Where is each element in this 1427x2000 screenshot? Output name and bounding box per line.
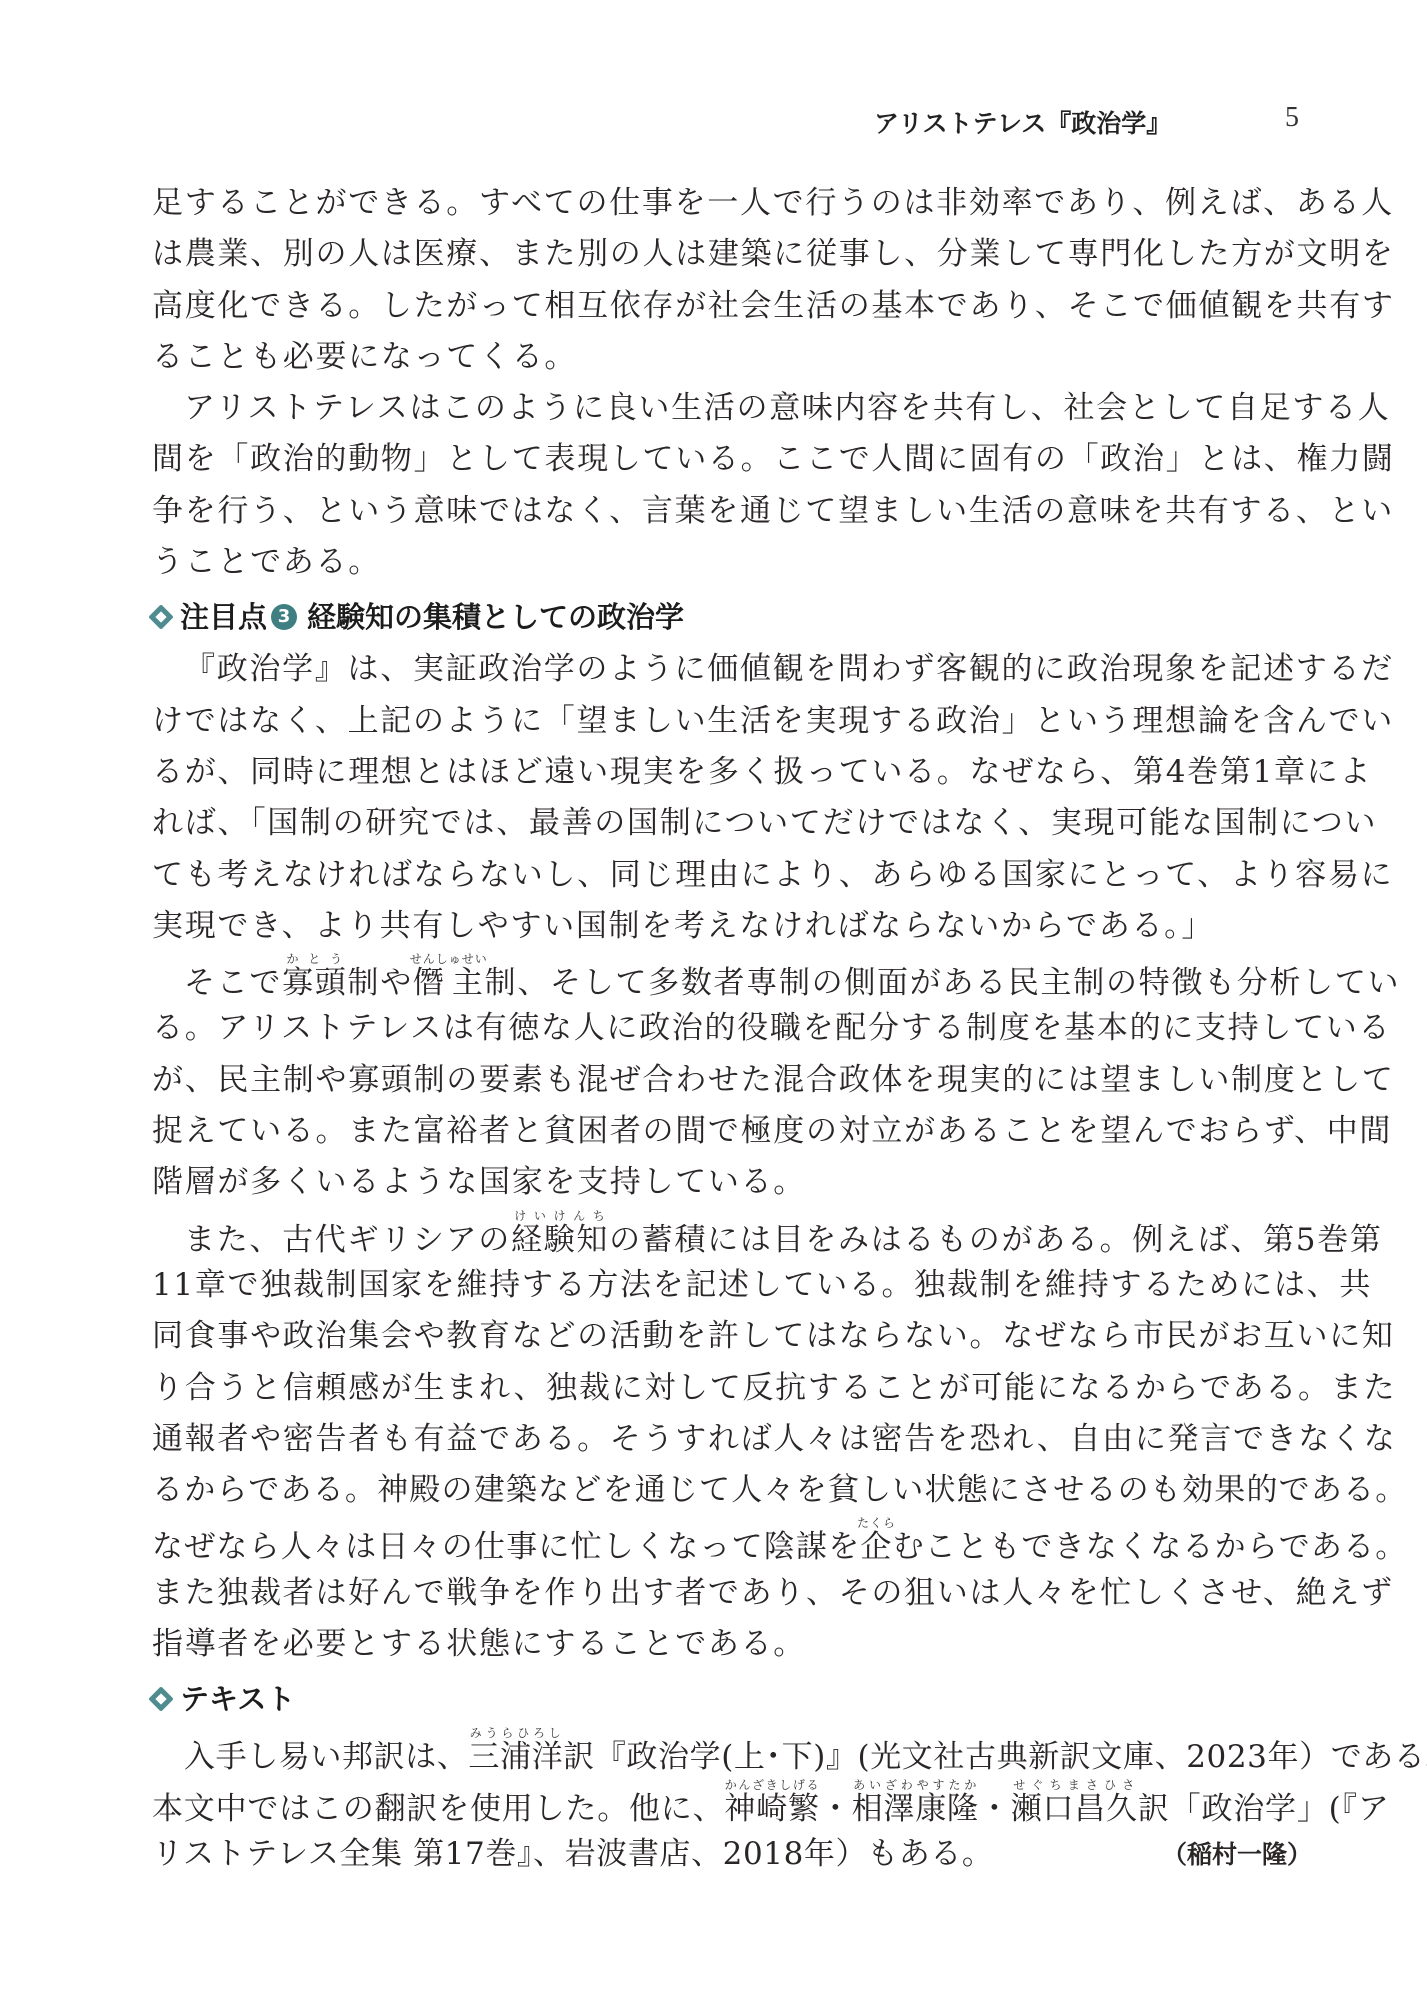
ruby-takura: 企たくら (860, 1529, 892, 1565)
text-line: リストテレス全集 第17巻』、岩波書店、2018年）もある。 （稲村一隆） (152, 1829, 1312, 1880)
text-line: アリストテレスはこのように良い生活の意味内容を共有し、社会として自足する人 (152, 383, 1312, 434)
text-line: が、民主制や寡頭制の要素も混ぜ合わせた混合政体を現実的には望ましい制度として (152, 1055, 1312, 1106)
ruby-text: みうらひろし (468, 1726, 563, 1740)
section-heading-text: テキスト (152, 1672, 1312, 1726)
text-line: 同食事や政治集会や教育などの活動を許してはならない。なぜなら市民がお互いに知 (152, 1311, 1312, 1362)
text-line: 通報者や密告者も有益である。そうすれば人々は密告を恐れ、自由に発言できなくな (152, 1414, 1312, 1465)
text-line: るが、同時に理想とはほど遠い現実を多く扱っている。なぜなら、第4巻第1章によ (152, 747, 1312, 798)
ruby-base: 経験知 (511, 1222, 609, 1258)
text-span: リストテレス全集 第17巻』、岩波書店、2018年）もある。 (152, 1836, 994, 1872)
paragraph-4: そこで寡頭かとう制や僭主せんしゅせい制、そして多数者専制の側面がある民主制の特徴… (152, 952, 1312, 1208)
text-line: けではなく、上記のように「望ましい生活を実現する政治」という理想論を含んでい (152, 696, 1312, 747)
text-line: 間を「政治的動物」として表現している。ここで人間に固有の「政治」とは、権力闘 (152, 434, 1312, 485)
diamond-icon (148, 605, 173, 630)
body-text: 足することができる。すべての仕事を一人で行うのは非効率であり、例えば、ある人 は… (152, 178, 1312, 1880)
text-line: 本文中ではこの翻訳を使用した。他に、神崎繁かんざきしげる・相澤康隆あいざわやすた… (152, 1778, 1312, 1829)
text-span: ・ (820, 1791, 852, 1827)
paragraph-1: 足することができる。すべての仕事を一人で行うのは非効率であり、例えば、ある人 は… (152, 178, 1312, 383)
ruby-senshusei: 僭主せんしゅせい (413, 965, 485, 1001)
text-span: むこともできなくなるからである。 (893, 1529, 1408, 1565)
text-span: の蓄積には目をみはるものがある。例えば、第5巻第 (609, 1222, 1383, 1258)
text-span: 入手し易い邦訳は、 (184, 1739, 468, 1775)
paragraph-6: 入手し易い邦訳は、三浦洋みうらひろし訳『政治学(上･下)』(光文社古典新訳文庫、… (152, 1726, 1312, 1880)
section-label: 注目点 (180, 590, 267, 644)
diamond-icon (148, 1687, 173, 1712)
ruby-base: 寡頭 (282, 965, 347, 1001)
text-span: 制、そして多数者専制の側面がある民主制の特徴も分析してい (485, 965, 1401, 1001)
running-title: アリストテレス『政治学』 (874, 104, 1171, 140)
text-line: 実現でき、より共有しやすい国制を考えなければならないからである。」 (152, 901, 1312, 952)
text-line: なぜなら人々は日々の仕事に忙しくなって陰謀を企たくらむこともできなくなるからであ… (152, 1516, 1312, 1567)
section-number-badge: 3 (271, 604, 297, 630)
text-line: また、古代ギリシアの経験知けいけんちの蓄積には目をみはるものがある。例えば、第5… (152, 1209, 1312, 1260)
text-span: 制や (348, 965, 413, 1001)
text-span: 訳「政治学」(『ア (1138, 1791, 1390, 1827)
text-span: なぜなら人々は日々の仕事に忙しくなって陰謀を (152, 1529, 860, 1565)
ruby-base: 僭主 (410, 965, 488, 1001)
ruby-keikenchi: 経験知けいけんち (511, 1222, 609, 1258)
text-span: 訳『政治学(上･下)』(光文社古典新訳文庫、2023年）である。 (563, 1739, 1427, 1775)
text-line: 争を行う、という意味ではなく、言葉を通じて望ましい生活の意味を共有する、とい (152, 486, 1312, 537)
text-line: 捉えている。また富裕者と貧困者の間で極度の対立があることを望んでおらず、中間 (152, 1106, 1312, 1157)
ruby-text: せぐちまさひさ (1011, 1778, 1138, 1792)
ruby-base: 企 (857, 1529, 896, 1565)
ruby-miura-hiroshi: 三浦洋みうらひろし (468, 1739, 563, 1775)
section-heading-focus-point-3: 注目点 3 経験知の集積としての政治学 (152, 590, 1312, 644)
text-line: 高度化できる。したがって相互依存が社会生活の基本であり、そこで価値観を共有す (152, 281, 1312, 332)
text-line: 入手し易い邦訳は、三浦洋みうらひろし訳『政治学(上･下)』(光文社古典新訳文庫、… (152, 1726, 1312, 1777)
text-span: ・ (979, 1791, 1011, 1827)
author-signature: （稲村一隆） (1162, 1829, 1312, 1880)
paragraph-5: また、古代ギリシアの経験知けいけんちの蓄積には目をみはるものがある。例えば、第5… (152, 1209, 1312, 1671)
ruby-text: たくら (857, 1516, 896, 1530)
text-line: ることも必要になってくる。 (152, 332, 1312, 383)
text-line: るからである。神殿の建築などを通じて人々を貧しい状態にさせるのも効果的である。 (152, 1465, 1312, 1516)
text-line: ても考えなければならないし、同じ理由により、あらゆる国家にとって、より容易に (152, 850, 1312, 901)
text-line: 『政治学』は、実証政治学のように価値観を問わず客観的に政治現象を記述するだ (152, 644, 1312, 695)
text-line: そこで寡頭かとう制や僭主せんしゅせい制、そして多数者専制の側面がある民主制の特徴… (152, 952, 1312, 1003)
paragraph-3: 『政治学』は、実証政治学のように価値観を問わず客観的に政治現象を記述するだ けで… (152, 644, 1312, 952)
text-line: うことである。 (152, 537, 1312, 588)
section-title: テキスト (180, 1672, 295, 1726)
page-header: アリストテレス『政治学』 5 (0, 100, 1427, 140)
text-line: は農業、別の人は医療、また別の人は建築に従事し、分業して専門化した方が文明を (152, 229, 1312, 280)
ruby-text: けいけんち (511, 1209, 609, 1223)
ruby-kanzaki-shigeru: 神崎繁かんざきしげる (724, 1791, 819, 1827)
text-line: 階層が多くいるような国家を支持している。 (152, 1157, 1312, 1208)
ruby-base: 相澤康隆 (852, 1791, 979, 1827)
ruby-base: 三浦洋 (468, 1739, 563, 1775)
ruby-text: かとう (282, 952, 347, 966)
page-number: 5 (1285, 102, 1299, 134)
text-line: る。アリストテレスは有徳な人に政治的役職を配分する制度を基本的に支持している (152, 1003, 1312, 1054)
text-span: そこで (184, 965, 282, 1001)
ruby-seguchi-masahisa: 瀬口昌久せぐちまさひさ (1011, 1791, 1138, 1827)
text-span: また、古代ギリシアの (184, 1222, 511, 1258)
ruby-text: かんざきしげる (724, 1778, 819, 1792)
text-line: 足することができる。すべての仕事を一人で行うのは非効率であり、例えば、ある人 (152, 178, 1312, 229)
ruby-katou: 寡頭かとう (282, 965, 347, 1001)
text-span: 本文中ではこの翻訳を使用した。他に、 (152, 1791, 724, 1827)
text-line: また独裁者は好んで戦争を作り出す者であり、その狙いは人々を忙しくさせ、絶えず (152, 1568, 1312, 1619)
paragraph-2: アリストテレスはこのように良い生活の意味内容を共有し、社会として自足する人 間を… (152, 383, 1312, 588)
ruby-text: せんしゅせい (410, 952, 488, 966)
ruby-base: 神崎繁 (724, 1791, 819, 1827)
text-line: れば、「国制の研究では、最善の国制についてだけではなく、実現可能な国制につい (152, 798, 1312, 849)
section-title: 経験知の集積としての政治学 (307, 590, 684, 644)
ruby-text: あいざわやすたか (852, 1778, 979, 1792)
ruby-base: 瀬口昌久 (1011, 1791, 1138, 1827)
text-line: 指導者を必要とする状態にすることである。 (152, 1619, 1312, 1670)
text-line: 11章で独裁制国家を維持する方法を記述している。独裁制を維持するためには、共 (152, 1260, 1312, 1311)
ruby-aizawa-yasutaka: 相澤康隆あいざわやすたか (852, 1791, 979, 1827)
text-line: り合うと信頼感が生まれ、独裁に対して反抗することが可能になるからである。また (152, 1363, 1312, 1414)
